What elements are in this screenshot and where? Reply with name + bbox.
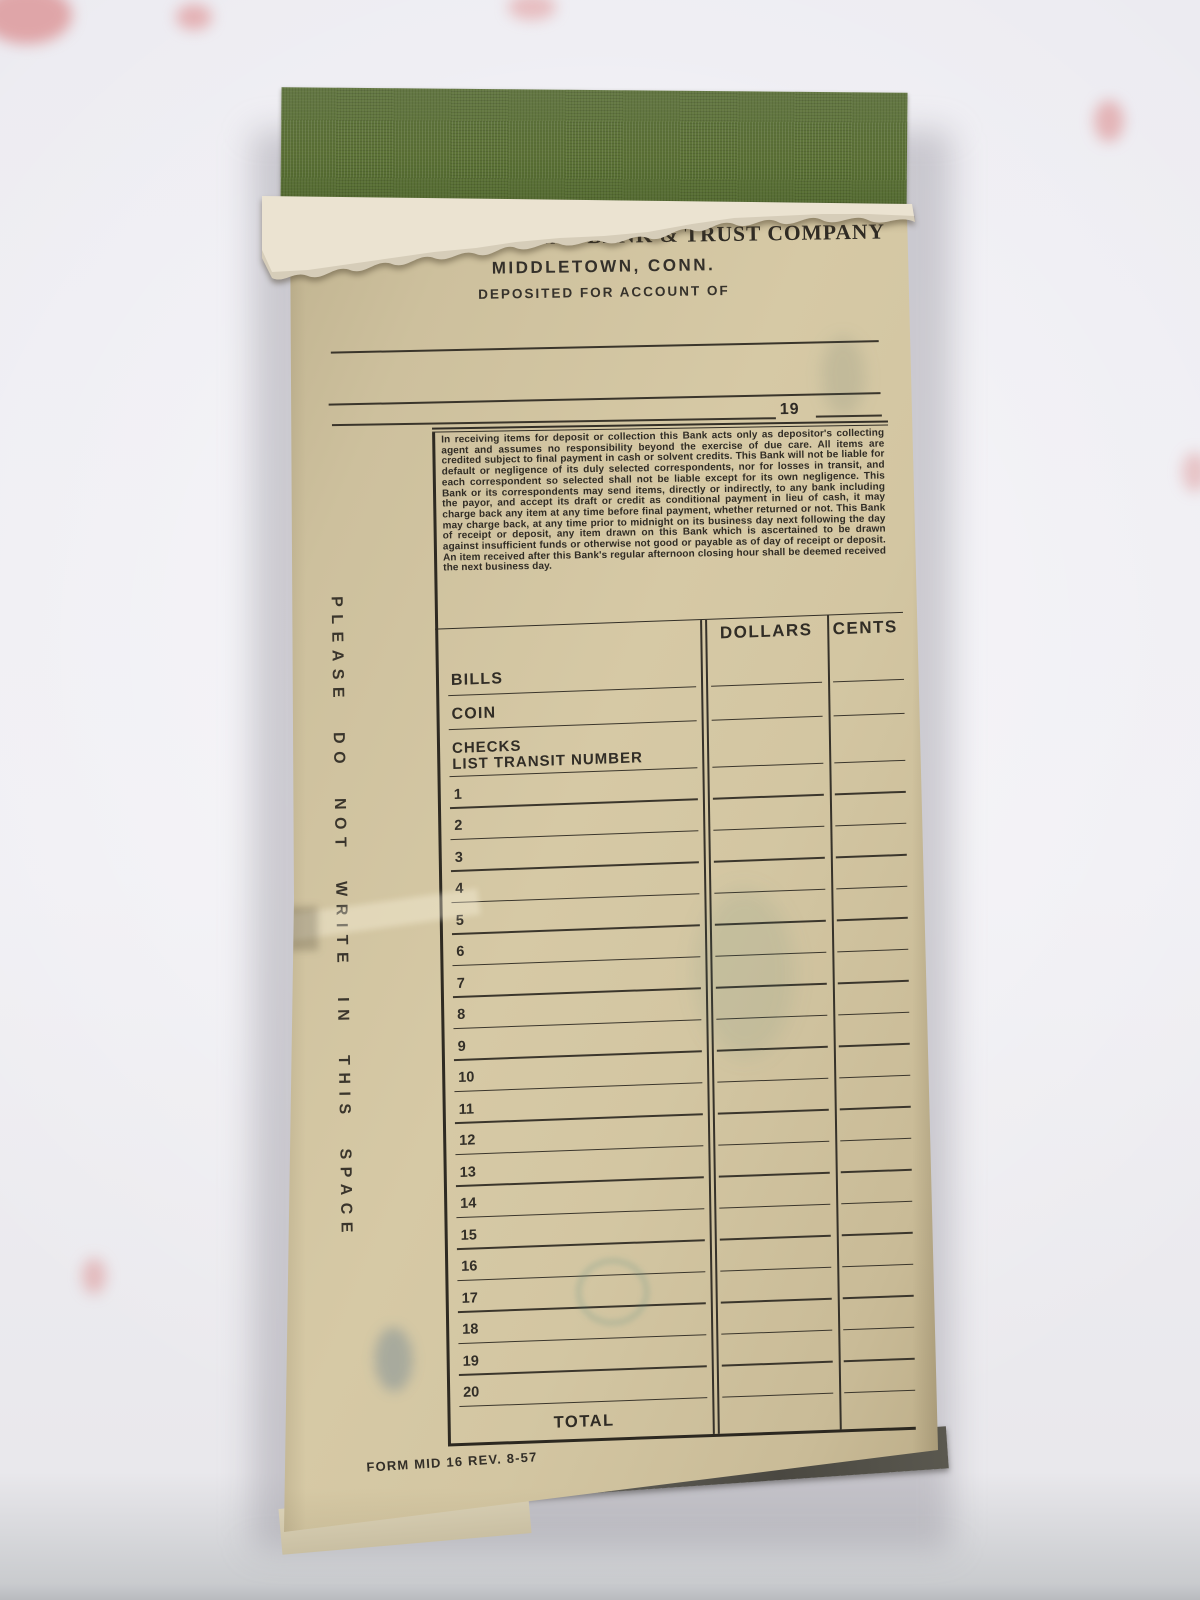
- photo-background: ONAL BANK & TRUST COMPANY MIDDLETOWN, CO…: [0, 0, 1200, 1600]
- pink-smudge: [82, 1258, 106, 1294]
- stain: [821, 336, 866, 417]
- row-number: 11: [459, 1101, 475, 1118]
- stain: [374, 1327, 413, 1392]
- account-line-1: [331, 340, 879, 353]
- row-number: 10: [458, 1069, 474, 1086]
- row-number: 14: [460, 1195, 476, 1212]
- pink-smudge: [0, 0, 72, 44]
- row-number: 7: [457, 975, 465, 991]
- row-number: 3: [455, 849, 463, 865]
- row-number: 16: [461, 1258, 477, 1275]
- pink-smudge: [176, 4, 212, 30]
- pink-smudge: [1182, 452, 1200, 492]
- column-header-dollars: DOLLARS: [705, 620, 827, 644]
- bills-label: BILLS: [451, 670, 503, 690]
- pink-smudge: [1094, 100, 1124, 142]
- row-number: 1: [454, 786, 462, 802]
- row-number: 20: [463, 1384, 479, 1401]
- legal-notice-box: In receiving items for deposit or collec…: [432, 425, 891, 629]
- form-number: FORM MID 16 REV. 8-57: [366, 1449, 538, 1474]
- row-number: 19: [463, 1353, 479, 1370]
- column-header-cents: CENTS: [827, 617, 903, 640]
- row-number: 12: [459, 1132, 475, 1149]
- row-number: 15: [461, 1227, 477, 1244]
- torn-paper-strip: [262, 192, 918, 304]
- numbered-rows: 1234567891011121314151617181920: [441, 761, 916, 1408]
- row-number: 5: [456, 912, 464, 928]
- deposit-slip-content: ONAL BANK & TRUST COMPANY MIDDLETOWN, CO…: [263, 195, 956, 1553]
- deposit-table: DOLLARS CENTS BILLS COIN: [435, 612, 916, 1447]
- row-number: 9: [458, 1038, 466, 1054]
- row-number: 4: [455, 881, 463, 897]
- row-number: 6: [456, 944, 464, 960]
- pink-smudge: [508, 0, 556, 20]
- deposit-slip-page: ONAL BANK & TRUST COMPANY MIDDLETOWN, CO…: [270, 200, 942, 1548]
- coin-label: COIN: [451, 704, 496, 724]
- row-number: 13: [460, 1164, 476, 1181]
- row-number: 18: [462, 1321, 478, 1338]
- legal-notice-text: In receiving items for deposit or collec…: [441, 429, 886, 575]
- total-label: TOTAL: [451, 1408, 718, 1437]
- do-not-write-note: PLEASE DO NOT WRITE IN THIS SPACE: [327, 596, 355, 1264]
- checks-label: CHECKS LIST TRANSIT NUMBER: [452, 734, 643, 772]
- date-line-end: [816, 415, 882, 418]
- row-number: 8: [457, 1007, 465, 1023]
- row-number: 17: [462, 1290, 478, 1307]
- row-number: 2: [454, 818, 462, 834]
- year-prefix: 19: [780, 401, 800, 419]
